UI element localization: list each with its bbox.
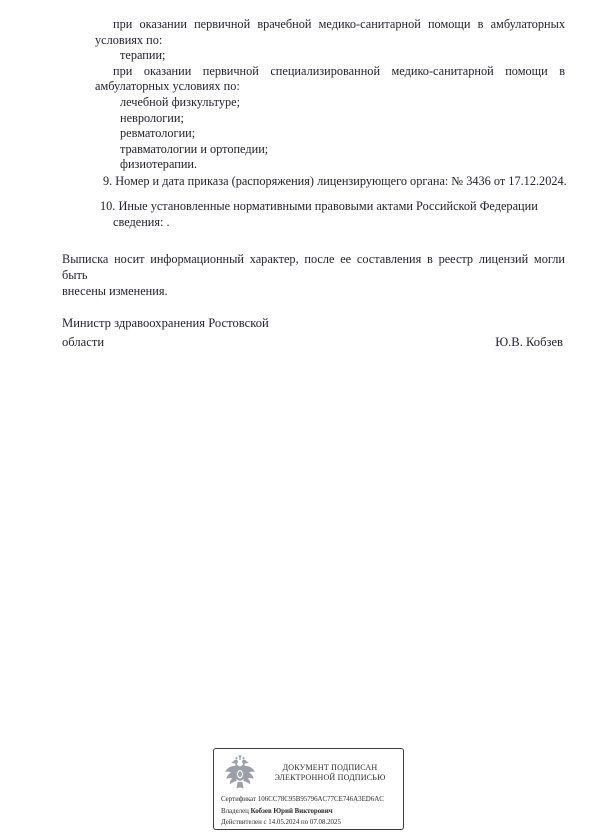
activity-line: условиях по: [95,33,565,49]
notice-line: Выписка носит информационный характер, п… [62,251,565,283]
stamp-title-line: ДОКУМЕНТ ПОДПИСАН [266,763,394,773]
specialty-item: лечебной физкультуре; [95,95,565,111]
other-info-item: 10. Иные установленные нормативными прав… [100,199,570,230]
stamp-header: ДОКУМЕНТ ПОДПИСАН ЭЛЕКТРОННОЙ ПОДПИСЬЮ [221,752,396,794]
owner-label: Владелец [221,808,249,815]
signature-block: Министр здравоохранения Ростовской облас… [62,314,563,352]
certificate-label: Сертификат [221,796,256,803]
signer-name: Ю.В. Кобзев [495,333,563,352]
stamp-title: ДОКУМЕНТ ПОДПИСАН ЭЛЕКТРОННОЙ ПОДПИСЬЮ [266,763,396,783]
license-activities-block: при оказании первичной врачебной медико-… [95,17,565,173]
validity-line: Действителен с 14.05.2024 по 07.08.2025 [221,817,396,829]
specialty-item: травматологии и ортопедии; [95,142,565,158]
russian-coat-of-arms-icon [221,753,259,793]
informational-notice: Выписка носит информационный характер, п… [62,251,565,299]
specialty-item: физиотерапии. [95,157,565,173]
order-number-item: 9. Номер и дата приказа (распоряжения) л… [103,174,578,189]
certificate-value: 106CC78C95B95796AC77CE746A3ED6AC [258,796,384,803]
license-extract-page: при оказании первичной врачебной медико-… [0,0,591,838]
notice-line: внесены изменения. [62,283,565,299]
signer-title: Министр здравоохранения Ростовской [62,314,563,333]
other-info-line: 10. Иные установленные нормативными прав… [100,199,570,215]
specialty-item: неврологии; [95,111,565,127]
owner-name: Кобзев Юрий Викторович [251,808,333,815]
other-info-line: сведения: . [100,215,570,231]
specialty-item: терапии; [95,48,565,64]
digital-signature-stamp: ДОКУМЕНТ ПОДПИСАН ЭЛЕКТРОННОЙ ПОДПИСЬЮ С… [213,748,404,830]
specialty-item: ревматологии; [95,126,565,142]
owner-line: Владелец Кобзев Юрий Викторович [221,806,396,818]
stamp-title-line: ЭЛЕКТРОННОЙ ПОДПИСЬЮ [266,773,394,783]
activity-line: при оказании первичной специализированно… [95,64,565,80]
activity-line: при оказании первичной врачебной медико-… [95,17,565,33]
activity-line: амбулаторных условиях по: [95,79,565,95]
signer-title-continued: области [62,333,104,352]
certificate-line: Сертификат 106CC78C95B95796AC77CE746A3ED… [221,794,396,806]
